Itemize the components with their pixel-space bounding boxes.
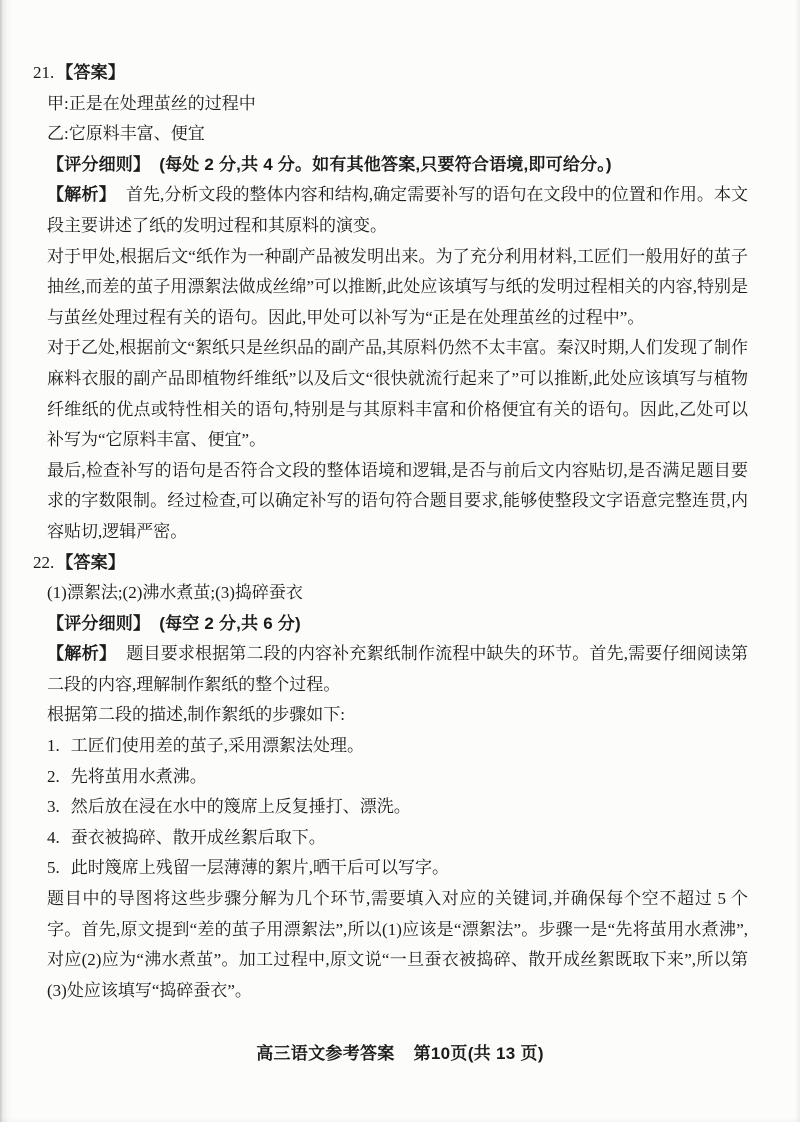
answer-line-yi: 乙:它原料丰富、便宜 xyxy=(47,119,748,150)
analysis-paragraph: 对于甲处,根据后文“纸作为一种副产品被发明出来。为了充分利用材料,工匠们一般用好… xyxy=(47,242,748,334)
scoring-rule-note: (每处 2 分,共 4 分。如有其他答案,只要符合语境,即可给分。) xyxy=(159,155,612,174)
scoring-rule-label: 【评分细则】 xyxy=(47,155,159,174)
step-text: 此时篾席上残留一层薄薄的絮片,晒干后可以写字。 xyxy=(71,858,449,877)
footer-doc-title: 高三语文参考答案 xyxy=(256,1044,394,1063)
question-21-block: 21.【答案】 甲:正是在处理茧丝的过程中 乙:它原料丰富、便宜 【评分细则】(… xyxy=(47,58,748,548)
step-text: 工匠们使用差的茧子,采用漂絮法处理。 xyxy=(71,736,364,755)
scanned-answer-page: 21.【答案】 甲:正是在处理茧丝的过程中 乙:它原料丰富、便宜 【评分细则】(… xyxy=(0,0,800,1122)
question-22-number: 22. xyxy=(33,553,56,572)
steps-intro-line: 根据第二段的描述,制作絮纸的步骤如下: xyxy=(47,700,748,731)
footer-page-number: 第10页(共 13 页) xyxy=(414,1044,544,1063)
question-21-number: 21. xyxy=(33,63,56,82)
analysis-text: 题目要求根据第二段的内容补充絮纸制作流程中缺失的环节。首先,需要仔细阅读第二段的… xyxy=(47,644,748,694)
analysis-paragraph: 对于乙处,根据前文“絮纸只是丝织品的副产品,其原料仍然不太丰富。秦汉时期,人们发… xyxy=(47,333,748,455)
analysis-text: 首先,分析文段的整体内容和结构,确定需要补写的语句在文段中的位置和作用。本文段主… xyxy=(47,185,748,235)
step-number: 3. xyxy=(47,797,71,816)
analysis-paragraph: 【解析】题目要求根据第二段的内容补充絮纸制作流程中缺失的环节。首先,需要仔细阅读… xyxy=(47,639,748,700)
step-text: 先将茧用水煮沸。 xyxy=(71,767,207,786)
step-item: 4.蚕衣被捣碎、散开成丝絮后取下。 xyxy=(47,823,748,854)
question-22-header: 22.【答案】 xyxy=(33,548,748,579)
step-text: 蚕衣被捣碎、散开成丝絮后取下。 xyxy=(71,828,326,847)
analysis-paragraph: 【解析】首先,分析文段的整体内容和结构,确定需要补写的语句在文段中的位置和作用。… xyxy=(47,180,748,241)
step-item: 1.工匠们使用差的茧子,采用漂絮法处理。 xyxy=(47,731,748,762)
scoring-rule-line: 【评分细则】(每处 2 分,共 4 分。如有其他答案,只要符合语境,即可给分。) xyxy=(47,150,748,181)
analysis-paragraph: 最后,检查补写的语句是否符合文段的整体语境和逻辑,是否与前后文内容贴切,是否满足… xyxy=(47,456,748,548)
question-22-block: 22.【答案】 (1)漂絮法;(2)沸水煮茧;(3)捣碎蚕衣 【评分细则】(每空… xyxy=(47,548,748,1007)
step-item: 2.先将茧用水煮沸。 xyxy=(47,762,748,793)
step-number: 1. xyxy=(47,736,71,755)
analysis-label: 【解析】 xyxy=(47,644,126,663)
answer-line-jia: 甲:正是在处理茧丝的过程中 xyxy=(47,89,748,120)
answer-label: 【答案】 xyxy=(56,63,125,82)
answer-line-blanks: (1)漂絮法;(2)沸水煮茧;(3)捣碎蚕衣 xyxy=(47,578,748,609)
step-item: 3.然后放在浸在水中的篾席上反复捶打、漂洗。 xyxy=(47,792,748,823)
question-21-header: 21.【答案】 xyxy=(33,58,748,89)
scoring-rule-line: 【评分细则】(每空 2 分,共 6 分) xyxy=(47,609,748,640)
step-number: 4. xyxy=(47,828,71,847)
scoring-rule-label: 【评分细则】 xyxy=(47,614,159,633)
page-footer: 高三语文参考答案第10页(共 13 页) xyxy=(0,1039,800,1070)
page-content: 21.【答案】 甲:正是在处理茧丝的过程中 乙:它原料丰富、便宜 【评分细则】(… xyxy=(0,0,800,1006)
step-text: 然后放在浸在水中的篾席上反复捶打、漂洗。 xyxy=(71,797,411,816)
answer-label: 【答案】 xyxy=(56,553,125,572)
step-item: 5.此时篾席上残留一层薄薄的絮片,晒干后可以写字。 xyxy=(47,853,748,884)
step-number: 5. xyxy=(47,858,71,877)
step-number: 2. xyxy=(47,767,71,786)
analysis-label: 【解析】 xyxy=(47,185,126,204)
scoring-rule-note: (每空 2 分,共 6 分) xyxy=(159,614,301,633)
analysis-paragraph: 题目中的导图将这些步骤分解为几个环节,需要填入对应的关键词,并确保每个空不超过 … xyxy=(47,884,748,1006)
